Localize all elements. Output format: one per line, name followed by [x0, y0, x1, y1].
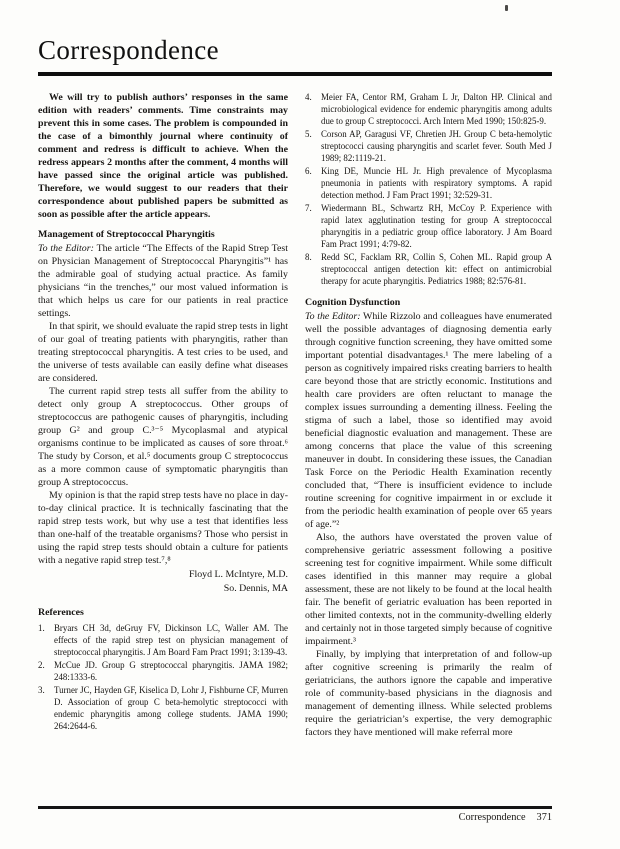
- reference-item: 8. Redd SC, Facklam RR, Collin S, Cohen …: [305, 251, 552, 287]
- footer-page-number: 371: [537, 812, 552, 823]
- right-column: 4. Meier FA, Centor RM, Graham L Jr, Dal…: [305, 91, 552, 803]
- reference-item: 4. Meier FA, Centor RM, Graham L Jr, Dal…: [305, 91, 552, 127]
- signature-location: So. Dennis, MA: [38, 582, 288, 596]
- title-rule: [38, 72, 552, 76]
- footer-journal-section: Correspondence: [459, 812, 526, 823]
- letter1-paragraph-2: In that spirit, we should evaluate the r…: [38, 320, 288, 385]
- reference-number: 8.: [305, 251, 321, 287]
- reference-number: 1.: [38, 622, 54, 658]
- letter2-paragraph-3: Finally, by implying that interpretation…: [305, 648, 552, 739]
- signature-name: Floyd L. McIntyre, M.D.: [38, 568, 288, 582]
- reference-number: 6.: [305, 165, 321, 201]
- reference-item: 2. McCue JD. Group G streptococcal phary…: [38, 659, 288, 683]
- letter1-paragraph-3: The current rapid strep tests all suffer…: [38, 385, 288, 489]
- letter1-signature: Floyd L. McIntyre, M.D. So. Dennis, MA: [38, 568, 288, 595]
- letter1-salutation: To the Editor:: [38, 243, 94, 254]
- reference-number: 7.: [305, 202, 321, 250]
- reference-number: 2.: [38, 659, 54, 683]
- reference-item: 7. Wiedermann BL, Schwartz RH, McCoy P. …: [305, 202, 552, 250]
- letter2-heading: Cognition Dysfunction: [305, 296, 552, 309]
- page-content: Correspondence We will try to publish au…: [38, 36, 552, 803]
- reference-number: 4.: [305, 91, 321, 127]
- scan-speck: [505, 5, 508, 11]
- letter2-paragraph-2: Also, the authors have overstated the pr…: [305, 531, 552, 648]
- reference-item: 5. Corson AP, Garagusi VF, Chretien JH. …: [305, 128, 552, 164]
- reference-text: Turner JC, Hayden GF, Kiselica D, Lohr J…: [54, 684, 288, 732]
- reference-list-right: 4. Meier FA, Centor RM, Graham L Jr, Dal…: [305, 91, 552, 287]
- letter2-salutation: To the Editor:: [305, 311, 361, 322]
- left-column: We will try to publish authors’ response…: [38, 91, 288, 803]
- reference-number: 5.: [305, 128, 321, 164]
- letter2-paragraph-1-text: While Rizzolo and colleagues have enumer…: [305, 311, 552, 530]
- reference-item: 6. King DE, Muncie HL Jr. High prevalenc…: [305, 165, 552, 201]
- journal-page: Correspondence We will try to publish au…: [0, 0, 620, 849]
- reference-number: 3.: [38, 684, 54, 732]
- letter1-paragraph-1-text: The article “The Effects of the Rapid St…: [38, 243, 288, 319]
- two-column-text: We will try to publish authors’ response…: [38, 91, 552, 803]
- letter2-paragraph-1: To the Editor: While Rizzolo and colleag…: [305, 310, 552, 531]
- letter1-paragraph-4: My opinion is that the rapid strep tests…: [38, 489, 288, 567]
- reference-text: Wiedermann BL, Schwartz RH, McCoy P. Exp…: [321, 202, 552, 250]
- page-footer: Correspondence371: [38, 812, 552, 823]
- letter1-heading: Management of Streptococcal Pharyngitis: [38, 228, 288, 241]
- reference-text: King DE, Muncie HL Jr. High prevalence o…: [321, 165, 552, 201]
- reference-text: Redd SC, Facklam RR, Collin S, Cohen ML.…: [321, 251, 552, 287]
- reference-item: 3. Turner JC, Hayden GF, Kiselica D, Loh…: [38, 684, 288, 732]
- page-title: Correspondence: [38, 36, 552, 64]
- reference-text: Bryars CH 3d, deGruy FV, Dickinson LC, W…: [54, 622, 288, 658]
- reference-list-left: 1. Bryars CH 3d, deGruy FV, Dickinson LC…: [38, 622, 288, 732]
- reference-text: Corson AP, Garagusi VF, Chretien JH. Gro…: [321, 128, 552, 164]
- reference-item: 1. Bryars CH 3d, deGruy FV, Dickinson LC…: [38, 622, 288, 658]
- reference-text: McCue JD. Group G streptococcal pharyngi…: [54, 659, 288, 683]
- references-heading: References: [38, 607, 288, 619]
- editor-note-paragraph: We will try to publish authors’ response…: [38, 91, 288, 221]
- letter1-paragraph-1: To the Editor: The article “The Effects …: [38, 242, 288, 320]
- reference-text: Meier FA, Centor RM, Graham L Jr, Dalton…: [321, 91, 552, 127]
- footer-rule: [38, 806, 552, 809]
